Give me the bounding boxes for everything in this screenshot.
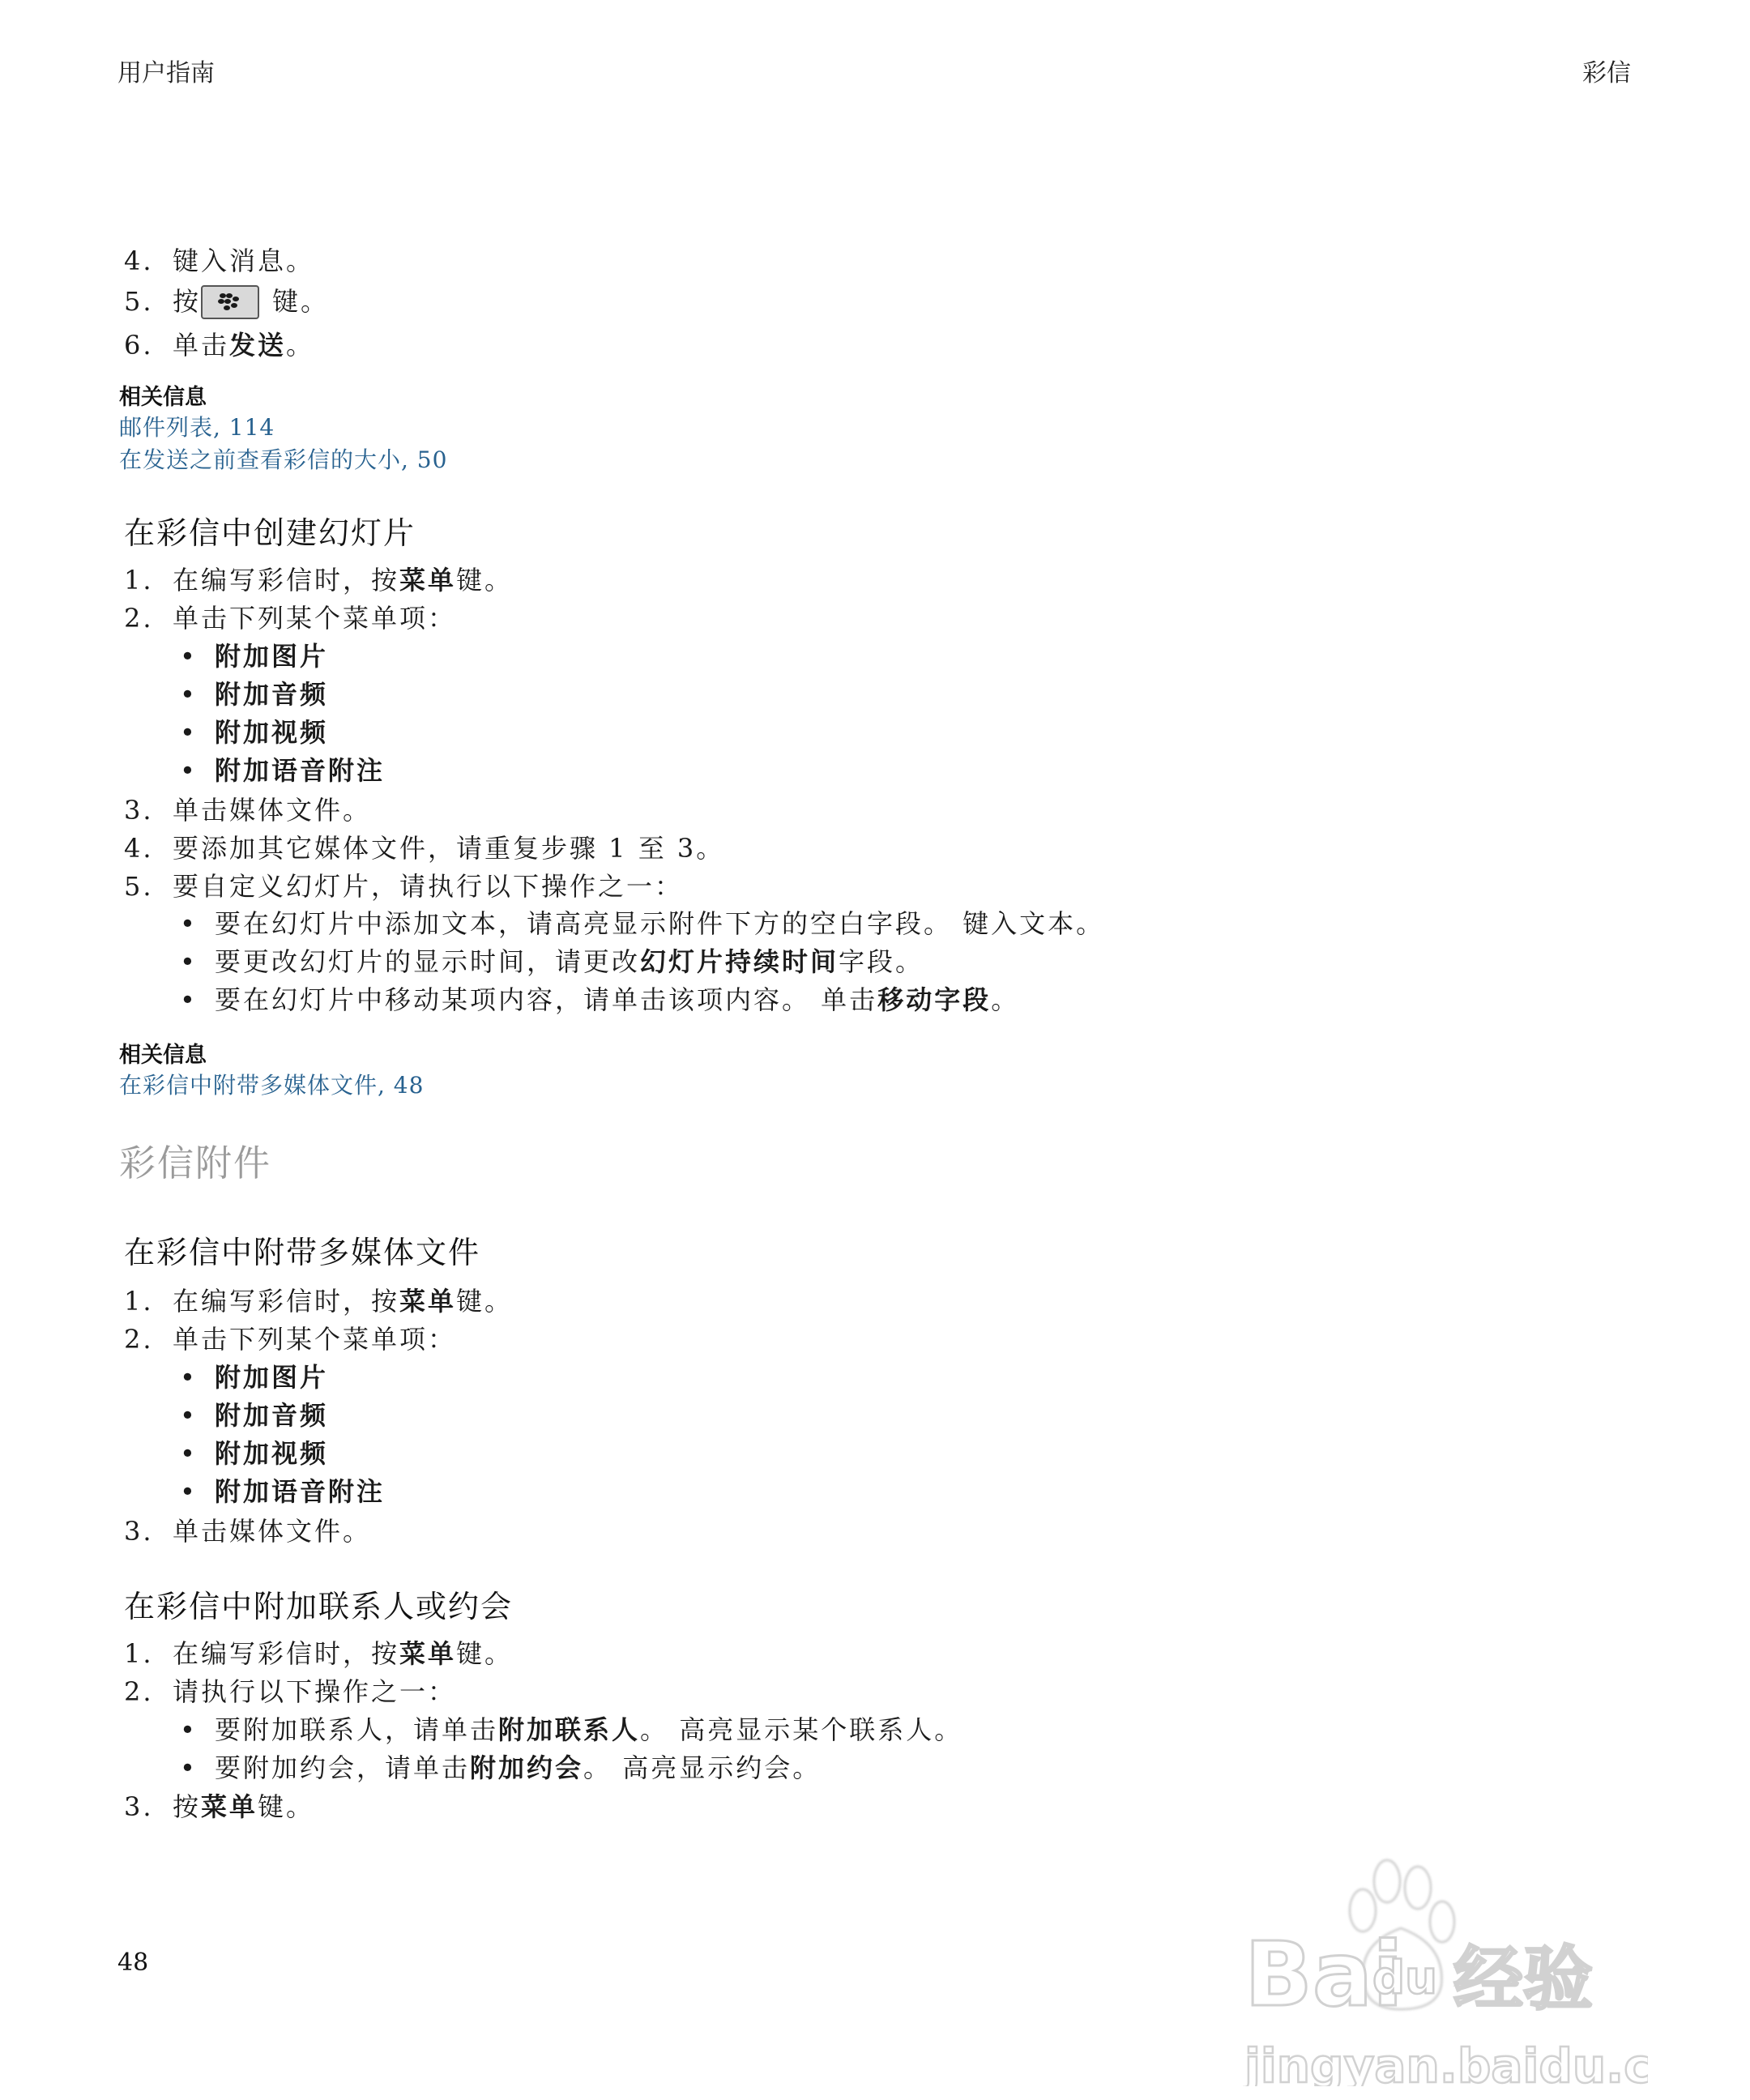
bullet-icon: • xyxy=(180,1755,198,1781)
step-text: 单击下列某个菜单项： xyxy=(173,1326,456,1352)
bullet-icon: • xyxy=(180,949,198,975)
step-text-pre: 单击 xyxy=(173,330,229,361)
running-header-left: 用户指南 xyxy=(117,62,215,86)
option-text-post: 字段。 xyxy=(839,946,924,977)
step-text-pre: 在编写彩信时，按 xyxy=(173,565,399,595)
step-number: 1. xyxy=(124,567,173,593)
option-text-post: 。 高亮显示约会。 xyxy=(583,1752,821,1783)
step-number: 2. xyxy=(124,605,173,631)
step-number: 1. xyxy=(124,1641,173,1667)
bullet-icon: • xyxy=(180,1402,198,1428)
step-text: 要自定义幻灯片，请执行以下操作之一： xyxy=(173,873,683,899)
step-number: 2. xyxy=(124,1326,173,1352)
baidu-jingyan-watermark: Bai du 经验 jingyan.baidu.com xyxy=(1243,1847,1648,2086)
ui-label-menu: 菜单 xyxy=(201,1791,258,1822)
option-text-pre: 要在幻灯片中添加文本，请高亮显示附件下方的空白字段。 键入文本。 xyxy=(215,908,1104,939)
step-number: 3. xyxy=(124,797,173,823)
step-text-pre: 在编写彩信时，按 xyxy=(173,1286,399,1317)
baidu-paw-logo-icon: Bai du 经验 jingyan.baidu.com xyxy=(1243,1847,1648,2086)
bullet-icon: • xyxy=(180,1364,198,1390)
chapter-title-mms-attachments: 彩信附件 xyxy=(119,1145,271,1181)
ui-label-menu: 菜单 xyxy=(399,1286,456,1317)
blackberry-logo-icon xyxy=(203,287,258,318)
option-text-pre: 要在幻灯片中移动某项内容，请单击该项内容。 单击 xyxy=(215,984,877,1015)
option-text: 要在幻灯片中添加文本，请高亮显示附件下方的空白字段。 键入文本。 xyxy=(215,911,1104,937)
step-text-pre: 在编写彩信时，按 xyxy=(173,1638,399,1669)
step-text: 要添加其它媒体文件，请重复步骤 1 至 3。 xyxy=(173,835,724,861)
bullet-icon: • xyxy=(180,1717,198,1743)
option-text-pre: 要附加联系人，请单击 xyxy=(215,1714,498,1745)
related-link-attach-media[interactable]: 在彩信中附带多媒体文件, 48 xyxy=(119,1074,424,1097)
step-text-pre: 按 xyxy=(173,286,201,317)
step-text: 单击下列某个菜单项： xyxy=(173,605,456,631)
option-text: 要在幻灯片中移动某项内容，请单击该项内容。 单击移动字段。 xyxy=(215,987,1019,1013)
step-number: 1. xyxy=(124,1288,173,1314)
step-number: 6. xyxy=(124,332,173,358)
page-number: 48 xyxy=(117,1951,148,1975)
option-text-post: 。 xyxy=(991,984,1019,1015)
watermark-product: 经验 xyxy=(1453,1939,1593,2020)
menu-item-attach-audio: 附加音频 xyxy=(215,681,328,707)
step-text-post: 键。 xyxy=(258,1791,314,1822)
step-number: 5. xyxy=(124,873,173,899)
menu-item-attach-picture: 附加图片 xyxy=(215,643,328,669)
option-text: 要附加联系人，请单击附加联系人。 高亮显示某个联系人。 xyxy=(215,1717,962,1743)
step-text: 在编写彩信时，按菜单键。 xyxy=(173,567,513,593)
step-text: 请执行以下操作之一： xyxy=(173,1679,456,1705)
menu-item-attach-picture: 附加图片 xyxy=(215,1364,328,1390)
bullet-icon: • xyxy=(180,758,198,783)
section-title-attach-media: 在彩信中附带多媒体文件 xyxy=(124,1237,480,1268)
related-info-label: 相关信息 xyxy=(119,386,207,408)
step-number: 5. xyxy=(124,288,173,314)
ui-label-menu: 菜单 xyxy=(399,1638,456,1669)
option-text-pre: 要附加约会，请单击 xyxy=(215,1752,470,1783)
running-header-right: 彩信 xyxy=(1582,62,1631,86)
menu-item-attach-voice-note: 附加语音附注 xyxy=(215,1479,385,1505)
ui-label-move-field: 移动字段 xyxy=(877,984,991,1015)
bullet-icon: • xyxy=(180,911,198,937)
option-text-pre: 要更改幻灯片的显示时间，请更改 xyxy=(215,946,640,977)
section-title-attach-contact: 在彩信中附加联系人或约会 xyxy=(124,1591,513,1622)
step-number: 3. xyxy=(124,1794,173,1820)
bullet-icon: • xyxy=(180,681,198,707)
step-text: 在编写彩信时，按菜单键。 xyxy=(173,1288,513,1314)
step-text-post: 键。 xyxy=(272,288,329,314)
related-link-message-list[interactable]: 邮件列表, 114 xyxy=(119,416,275,439)
section-title-create-slideshow: 在彩信中创建幻灯片 xyxy=(124,518,416,548)
step-text-post: 。 xyxy=(286,330,314,361)
bullet-icon: • xyxy=(180,1441,198,1466)
menu-item-attach-video: 附加视频 xyxy=(215,1441,328,1466)
bullet-icon: • xyxy=(180,643,198,669)
ui-label-attach-appointment: 附加约会 xyxy=(470,1752,583,1783)
step-text: 单击发送。 xyxy=(173,332,314,358)
step-number: 2. xyxy=(124,1679,173,1705)
step-text-pre: 按 xyxy=(173,1791,201,1822)
ui-label-attach-contact: 附加联系人 xyxy=(498,1714,640,1745)
step-text: 按菜单键。 xyxy=(173,1794,314,1820)
step-number: 3. xyxy=(124,1518,173,1544)
step-text: 键入消息。 xyxy=(173,248,314,274)
step-text-post: 键。 xyxy=(456,565,513,595)
related-info-label: 相关信息 xyxy=(119,1044,207,1066)
bullet-icon: • xyxy=(180,1479,198,1505)
option-text: 要附加约会，请单击附加约会。 高亮显示约会。 xyxy=(215,1755,821,1781)
ui-label-menu: 菜单 xyxy=(399,565,456,595)
step-text: 按 xyxy=(173,288,201,314)
step-text: 单击媒体文件。 xyxy=(173,797,371,823)
ui-label-slide-duration: 幻灯片持续时间 xyxy=(640,946,839,977)
step-number: 4. xyxy=(124,835,173,861)
option-text-post: 。 高亮显示某个联系人。 xyxy=(640,1714,962,1745)
bullet-icon: • xyxy=(180,719,198,745)
related-link-view-mms-size[interactable]: 在发送之前查看彩信的大小, 50 xyxy=(119,449,447,472)
menu-item-attach-audio: 附加音频 xyxy=(215,1402,328,1428)
step-text: 单击媒体文件。 xyxy=(173,1518,371,1544)
bullet-icon: • xyxy=(180,987,198,1013)
step-text: 在编写彩信时，按菜单键。 xyxy=(173,1641,513,1667)
step-text-post: 键。 xyxy=(456,1638,513,1669)
svg-text:du: du xyxy=(1372,1952,1437,2004)
menu-item-attach-video: 附加视频 xyxy=(215,719,328,745)
step-number: 4. xyxy=(124,248,173,274)
blackberry-menu-key-icon xyxy=(201,285,259,319)
ui-label-send: 发送 xyxy=(229,330,286,361)
watermark-url: jingyan.baidu.com xyxy=(1243,2038,1648,2086)
menu-item-attach-voice-note: 附加语音附注 xyxy=(215,758,385,783)
option-text: 要更改幻灯片的显示时间，请更改幻灯片持续时间字段。 xyxy=(215,949,924,975)
step-text-post: 键。 xyxy=(456,1286,513,1317)
